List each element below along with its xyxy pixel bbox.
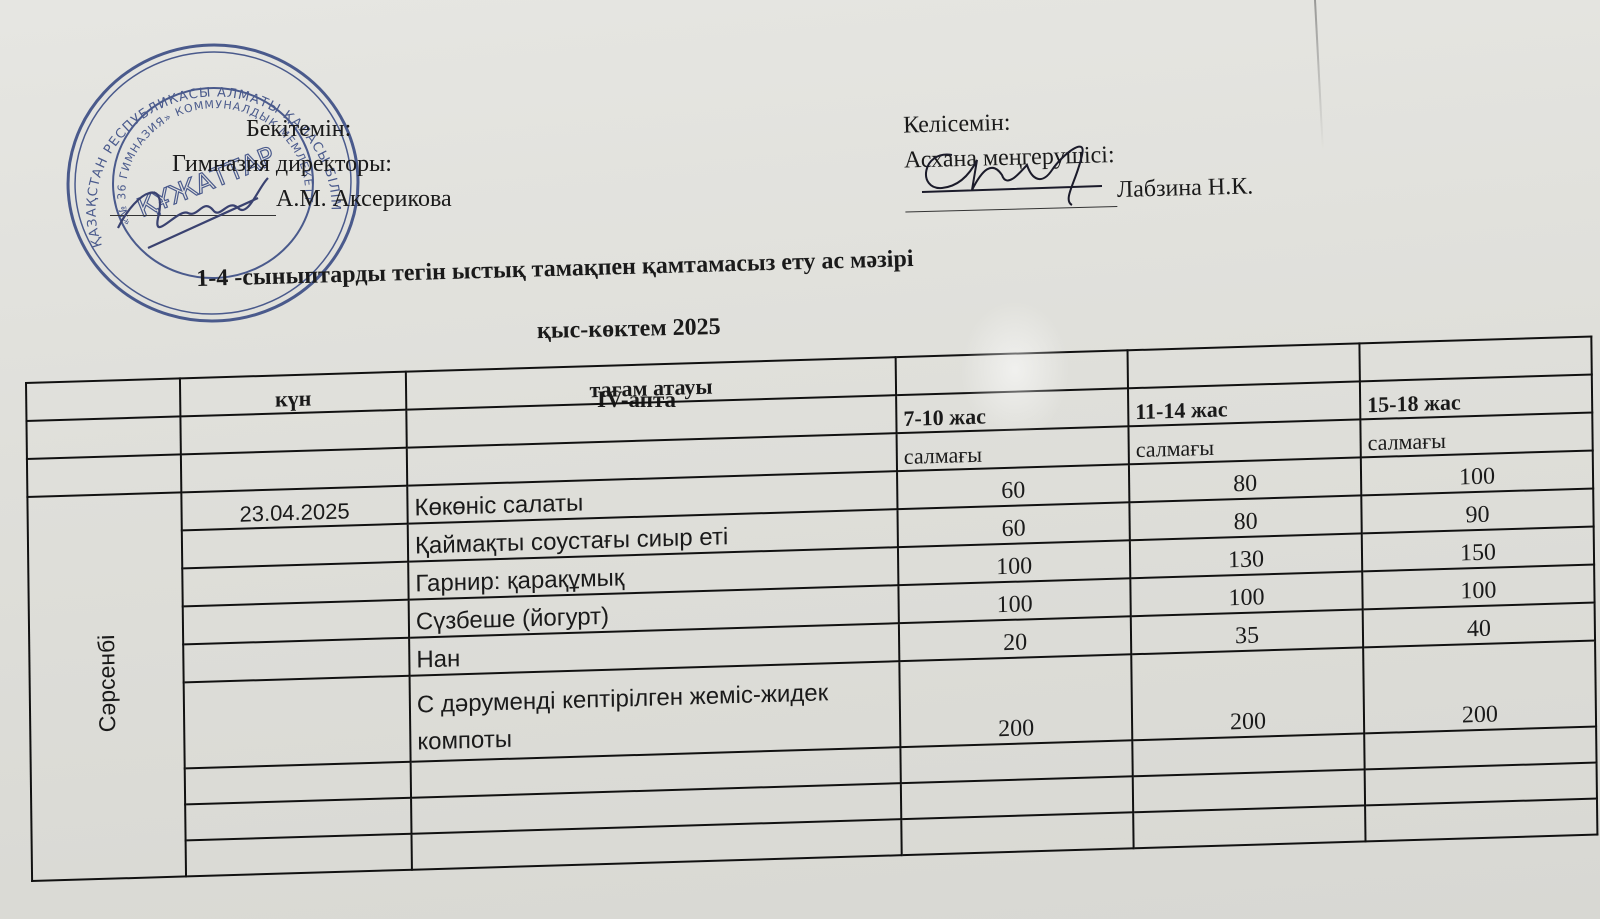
empty-cell bbox=[1365, 799, 1597, 842]
header-blank bbox=[26, 378, 180, 421]
dish-name: С дәруменді кептірілген жеміс-жидек комп… bbox=[410, 661, 901, 762]
date-cell bbox=[184, 676, 411, 769]
weight-11-14: 200 bbox=[1131, 647, 1364, 740]
day-name: Сәрсенбі bbox=[93, 634, 121, 732]
empty-cell bbox=[186, 834, 412, 877]
agreement-name: Лабзина Н.К. bbox=[1117, 173, 1254, 203]
empty-cell bbox=[1133, 805, 1365, 848]
document-subtitle: қыс-көктем 2025 bbox=[537, 314, 721, 345]
menu-table-wrapper: күн тағам атауы 7-10 жас 11-14 жас 15-18… bbox=[25, 335, 1598, 882]
header-blank bbox=[27, 454, 181, 497]
director-signature-icon bbox=[108, 168, 288, 258]
day-cell: Сәрсенбі bbox=[27, 492, 186, 881]
weight-7-10: 200 bbox=[899, 654, 1132, 747]
canteen-signature-icon bbox=[912, 130, 1112, 210]
approval-name: А.М. Аксерикова bbox=[276, 186, 452, 212]
approval-heading: Бекітемін: bbox=[170, 112, 452, 147]
menu-table: күн тағам атауы 7-10 жас 11-14 жас 15-18… bbox=[25, 335, 1598, 882]
empty-cell bbox=[901, 812, 1133, 855]
header-blank bbox=[26, 416, 180, 459]
weight-15-18: 200 bbox=[1363, 641, 1596, 734]
